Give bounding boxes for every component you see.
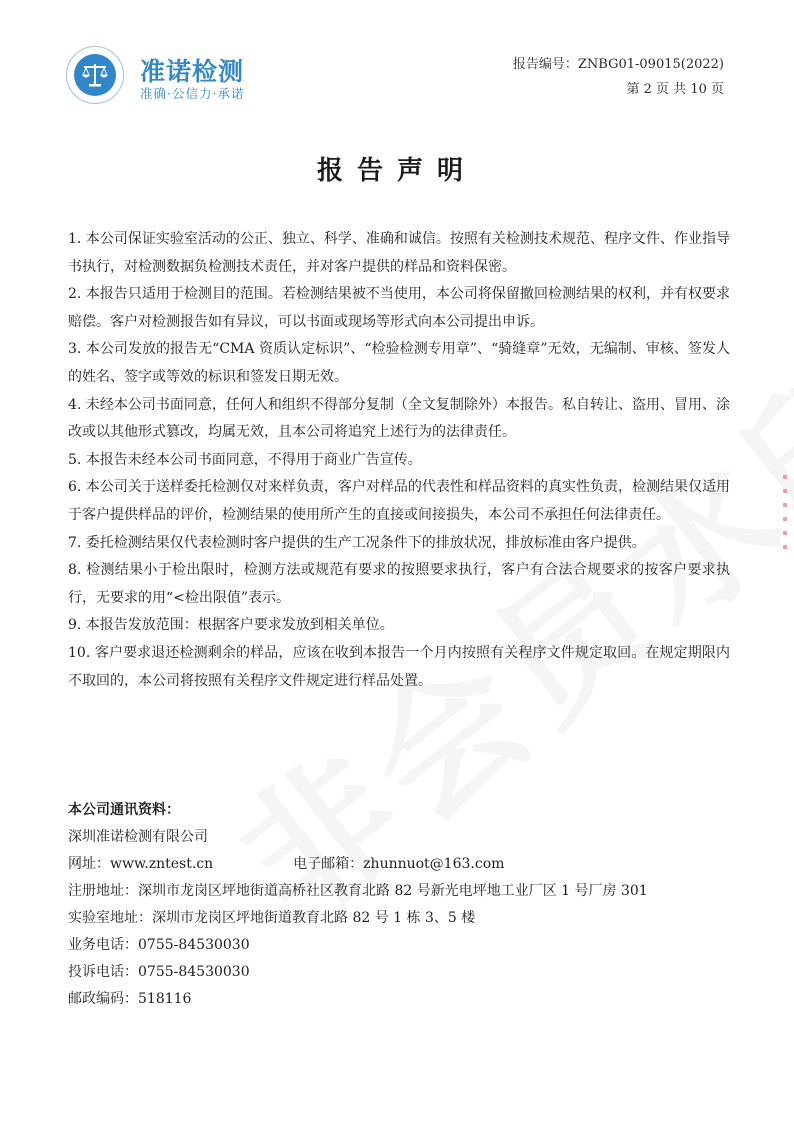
statement-list: 1. 本公司保证实验室活动的公正、独立、科学、准确和诚信。按照有关检测技术规范、… [68,226,730,695]
report-meta: 报告编号：ZNBG01-09015(2022) 第 2 页 共 10 页 [513,52,724,102]
web-email-row: 网址：www.zntest.cn电子邮箱：zhunnuot@163.com [68,851,728,878]
statement-item: 1. 本公司保证实验室活动的公正、独立、科学、准确和诚信。按照有关检测技术规范、… [68,226,730,281]
logo-slogan: 准确·公信力·承诺 [140,84,244,102]
statement-item: 10. 客户要求退还检测剩余的样品，应该在收到本报告一个月内按照有关程序文件规定… [68,640,730,695]
logo-company-name: 准诺检测 [140,52,244,88]
report-number: 报告编号：ZNBG01-09015(2022) [513,52,724,77]
statement-item: 7. 委托检测结果仅代表检测时客户提供的生产工况条件下的排放状况，排放标准由客户… [68,530,730,558]
lab-address: 实验室地址：深圳市龙岗区坪地街道教育北路 82 号 1 栋 3、5 楼 [68,905,728,932]
company-logo: 准诺检测 准确·公信力·承诺 [66,46,276,106]
scales-of-justice-icon [74,54,116,96]
statement-item: 4. 未经本公司书面同意，任何人和组织不得部分复制（全文复制除外）本报告。私自转… [68,392,730,447]
website: 网址：www.zntest.cn [68,856,213,872]
seam-stamp-mark [780,465,790,595]
email: 电子邮箱：zhunnuot@163.com [293,856,504,872]
company-name: 深圳准诺检测有限公司 [68,824,728,851]
complaint-phone: 投诉电话：0755-84530030 [68,959,728,986]
statement-item: 8. 检测结果小于检出限时，检测方法或规范有要求的按照要求执行，客户有合法合规要… [68,557,730,612]
page-info: 第 2 页 共 10 页 [513,77,724,102]
statement-item: 5. 本报告未经本公司书面同意，不得用于商业广告宣传。 [68,447,730,475]
statement-item: 3. 本公司发放的报告无“CMA 资质认定标识”、“检验检测专用章”、“骑缝章”… [68,336,730,391]
contact-section: 本公司通讯资料： 深圳准诺检测有限公司 网址：www.zntest.cn电子邮箱… [68,797,728,1013]
statement-item: 6. 本公司关于送样委托检测仅对来样负责，客户对样品的代表性和样品资料的真实性负… [68,474,730,529]
business-phone: 业务电话：0755-84530030 [68,932,728,959]
logo-badge [66,46,124,104]
page-title: 报告声明 [0,150,794,187]
registered-address: 注册地址：深圳市龙岗区坪地街道高桥社区教育北路 82 号新光电坪地工业厂区 1 … [68,878,728,905]
page-header: 准诺检测 准确·公信力·承诺 报告编号：ZNBG01-09015(2022) 第… [0,0,794,120]
statement-item: 2. 本报告只适用于检测目的范围。若检测结果被不当使用，本公司将保留撤回检测结果… [68,281,730,336]
postal-code: 邮政编码：518116 [68,986,728,1013]
contact-heading: 本公司通讯资料： [68,797,728,824]
statement-item: 9. 本报告发放范围：根据客户要求发放到相关单位。 [68,612,730,640]
